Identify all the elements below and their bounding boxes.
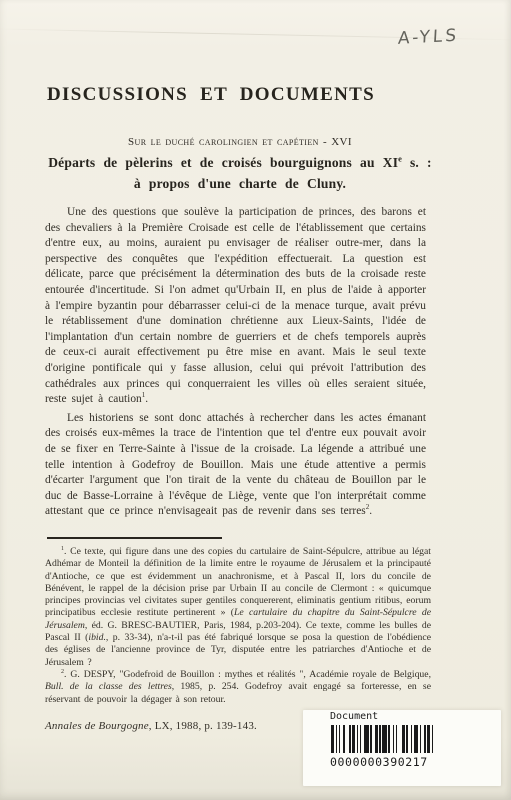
barcode-number: 0000000390217 xyxy=(330,755,428,769)
body-paragraph: Une des questions que soulève la partici… xyxy=(45,205,426,408)
journal-citation: Annales de Bourgogne, LX, 1988, p. 139-1… xyxy=(45,720,345,732)
scanned-document-page: A-YLS DISCUSSIONS ET DOCUMENTS Sur le du… xyxy=(0,0,511,800)
footnotes: 1. Ce texte, qui figure dans une des cop… xyxy=(45,546,431,706)
footnote-2: 2. G. DESPY, "Godefroid de Bouillon : my… xyxy=(45,669,431,706)
barcode-bars xyxy=(331,725,435,753)
barcode-label: Document xyxy=(330,711,378,722)
article-title-line2: à propos d'une charte de Cluny. xyxy=(30,173,450,194)
footnote-1: 1. Ce texte, qui figure dans une des cop… xyxy=(45,546,431,669)
article-body: Une des questions que soulève la partici… xyxy=(45,205,426,523)
section-heading: DISCUSSIONS ET DOCUMENTS xyxy=(26,84,396,106)
article-title-line1: Départs de pèlerins et de croisés bourgu… xyxy=(30,152,450,173)
handwritten-annotation: A-YLS xyxy=(398,23,509,49)
series-subtitle: Sur le duché carolingien et capétien - X… xyxy=(45,136,435,148)
article-title: Départs de pèlerins et de croisés bourgu… xyxy=(30,152,450,194)
footnote-separator-rule xyxy=(47,537,222,539)
body-paragraph: Les historiens se sont donc attachés à r… xyxy=(45,411,426,520)
barcode-sticker: Document 0000000390217 xyxy=(303,710,501,786)
